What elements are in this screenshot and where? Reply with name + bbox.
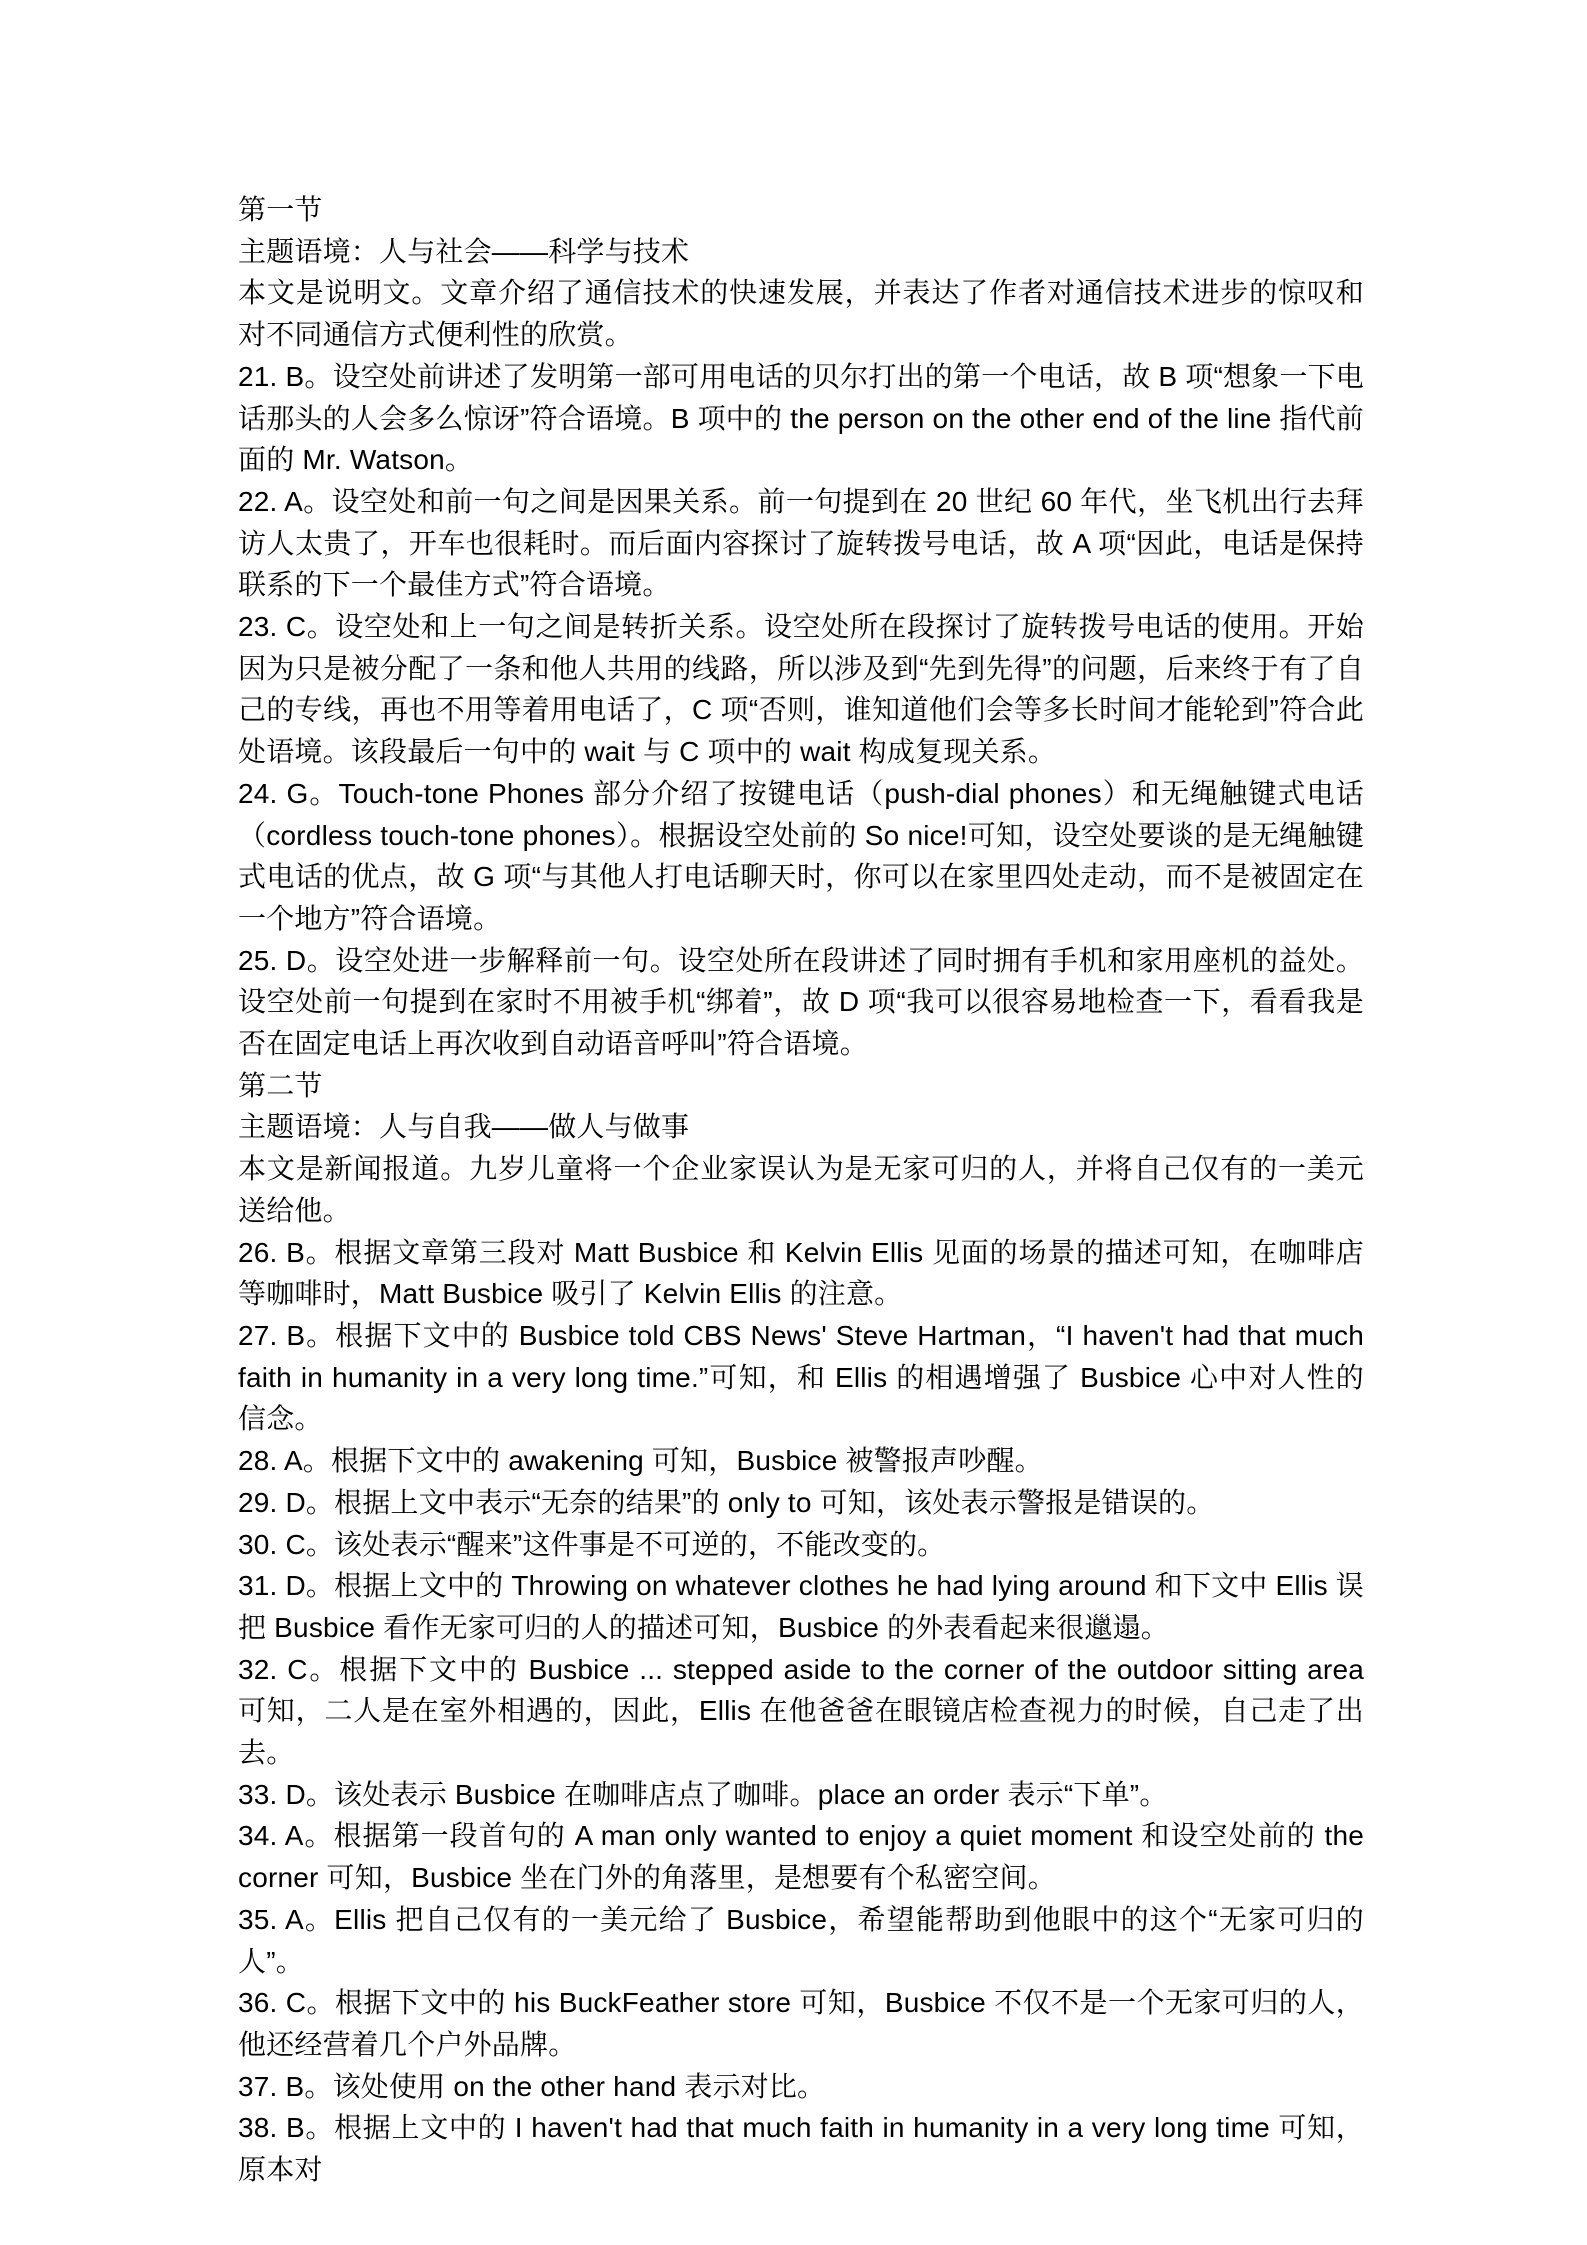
answer-item-28: 28. A。根据下文中的 awakening 可知，Busbice 被警报声吵醒…	[238, 1440, 1364, 1482]
answer-item-22: 22. A。设空处和前一句之间是因果关系。前一句提到在 20 世纪 60 年代，…	[238, 481, 1364, 606]
answer-item-30: 30. C。该处表示“醒来”这件事是不可逆的，不能改变的。	[238, 1524, 1364, 1566]
answer-item-32: 32. C。根据下文中的 Busbice ... stepped aside t…	[238, 1649, 1364, 1774]
answer-item-27: 27. B。根据下文中的 Busbice told CBS News' Stev…	[238, 1315, 1364, 1440]
answer-item-37: 37. B。该处使用 on the other hand 表示对比。	[238, 2066, 1364, 2108]
answer-item-21: 21. B。设空处前讲述了发明第一部可用电话的贝尔打出的第一个电话，故 B 项“…	[238, 356, 1364, 481]
answer-item-35: 35. A。Ellis 把自己仅有的一美元给了 Busbice，希望能帮助到他眼…	[238, 1899, 1364, 1982]
answer-item-24: 24. G。Touch-tone Phones 部分介绍了按键电话（push-d…	[238, 773, 1364, 940]
answer-item-23: 23. C。设空处和上一句之间是转折关系。设空处所在段探讨了旋转拨号电话的使用。…	[238, 606, 1364, 773]
answer-item-33: 33. D。该处表示 Busbice 在咖啡店点了咖啡。place an ord…	[238, 1774, 1364, 1816]
document-page: 第一节主题语境：人与社会——科学与技术本文是说明文。文章介绍了通信技术的快速发展…	[0, 0, 1587, 2245]
document-body: 第一节主题语境：人与社会——科学与技术本文是说明文。文章介绍了通信技术的快速发展…	[238, 189, 1364, 2191]
answer-item-34: 34. A。根据第一段首句的 A man only wanted to enjo…	[238, 1815, 1364, 1898]
summary: 本文是说明文。文章介绍了通信技术的快速发展，并表达了作者对通信技术进步的惊叹和对…	[238, 272, 1364, 355]
section-heading: 第一节	[238, 189, 1364, 231]
answer-item-25: 25. D。设空处进一步解释前一句。设空处所在段讲述了同时拥有手机和家用座机的益…	[238, 940, 1364, 1065]
topic-line: 主题语境：人与社会——科学与技术	[238, 231, 1364, 273]
answer-item-26: 26. B。根据文章第三段对 Matt Busbice 和 Kelvin Ell…	[238, 1232, 1364, 1315]
topic-line: 主题语境：人与自我——做人与做事	[238, 1106, 1364, 1148]
summary: 本文是新闻报道。九岁儿童将一个企业家误认为是无家可归的人，并将自己仅有的一美元送…	[238, 1148, 1364, 1231]
section-heading: 第二节	[238, 1065, 1364, 1107]
answer-item-38: 38. B。根据上文中的 I haven't had that much fai…	[238, 2107, 1364, 2190]
answer-item-29: 29. D。根据上文中表示“无奈的结果”的 only to 可知，该处表示警报是…	[238, 1482, 1364, 1524]
answer-item-36: 36. C。根据下文中的 his BuckFeather store 可知，Bu…	[238, 1982, 1364, 2065]
answer-item-31: 31. D。根据上文中的 Throwing on whatever clothe…	[238, 1565, 1364, 1648]
